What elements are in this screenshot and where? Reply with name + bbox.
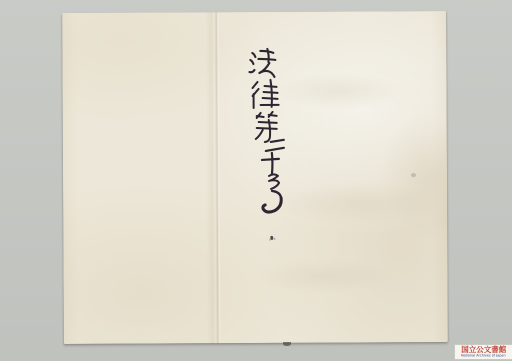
document-page: 法律第二十号 bbox=[62, 11, 448, 344]
paper-blemish bbox=[411, 173, 416, 177]
scan-viewport: 法律第二十号 bbox=[0, 0, 512, 361]
stamp-english-text: National Archives of Japan bbox=[461, 354, 506, 357]
ink-speck bbox=[270, 236, 273, 240]
fold-crease bbox=[214, 12, 221, 343]
calligraphy-strokes bbox=[244, 42, 305, 227]
calligraphy-column: 法律第二十号 bbox=[244, 42, 305, 227]
paper-edge-notch bbox=[283, 342, 291, 346]
archives-stamp: 国立公文書館 National Archives of Japan bbox=[455, 345, 512, 359]
